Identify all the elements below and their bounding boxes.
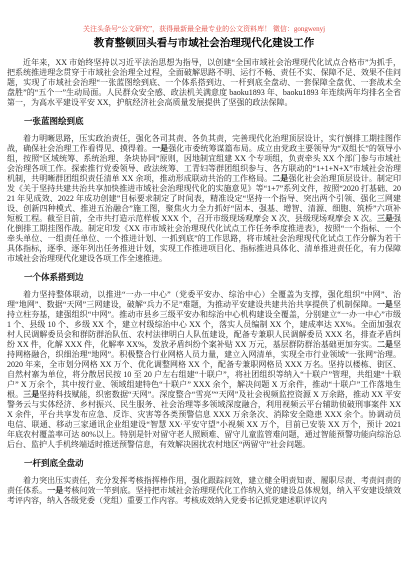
emphasis-marker: 二是 [377,340,393,349]
text-run: 着力坚持整体联动，以推进“一办一中心”（党委平安办、综治中心）全覆盖为支撑，强化… [7,290,401,309]
emphasis-marker: 一是 [47,486,63,495]
document-body: 近年来，XX 市始终坚持以习近平法治思想为指导，以创建“全国市域社会治理现代化试… [7,58,401,506]
header-notice: 关注头条号“公文研究”，获得最新最全最专业的公文资料库！ 微信：gongweny… [7,25,401,34]
document-page: 关注头条号“公文研究”，获得最新最全最专业的公文资料库！ 微信：gongweny… [0,0,408,580]
document-title: 教育整顿回头看与市域社会治理现代化建设工作 [7,37,401,50]
body-paragraph: 着力明晰思路，压实政治责任，强化各司其责、各负其责，完善现代化治理顶层设计，实行… [7,134,401,264]
text-run: 坚持科技赋能，织密数据“天网”。深度整合“雪亮”“天网”及社会视频监控资源 X … [7,390,401,449]
emphasis-marker: 一是 [377,300,393,309]
section-heading: 一杆到底全盘动 [7,458,401,468]
emphasis-marker: 三是 [377,214,393,223]
section-heading: 一个体系搭到边 [7,272,401,282]
text-run: 近年来，XX 市始终坚持以习近平法治思想为指导，以创建“全国市域社会治理现代化试… [7,58,401,107]
body-paragraph: 着力突出压实责任，充分发挥考核指挥棒作用，强化跟踪问效，建立健全明责知责、履职尽… [7,476,401,506]
emphasis-marker: 一是 [152,144,168,153]
body-paragraph: 着力坚持整体联动，以推进“一办一中心”（党委平安办、综治中心）全覆盖为支撑，强化… [7,290,401,450]
section-heading: 一张蓝图绘到底 [7,116,401,126]
text-run: 考核问效一竿到底。坚持把市域社会治理现代化工作纳入党的建设总体规划，纳入平安建设… [7,486,401,505]
body-paragraph: 近年来，XX 市始终坚持以习近平法治思想为指导，以创建“全国市域社会治理现代化试… [7,58,401,108]
emphasis-marker: 二是 [272,174,288,183]
emphasis-marker: 三是 [23,390,39,399]
